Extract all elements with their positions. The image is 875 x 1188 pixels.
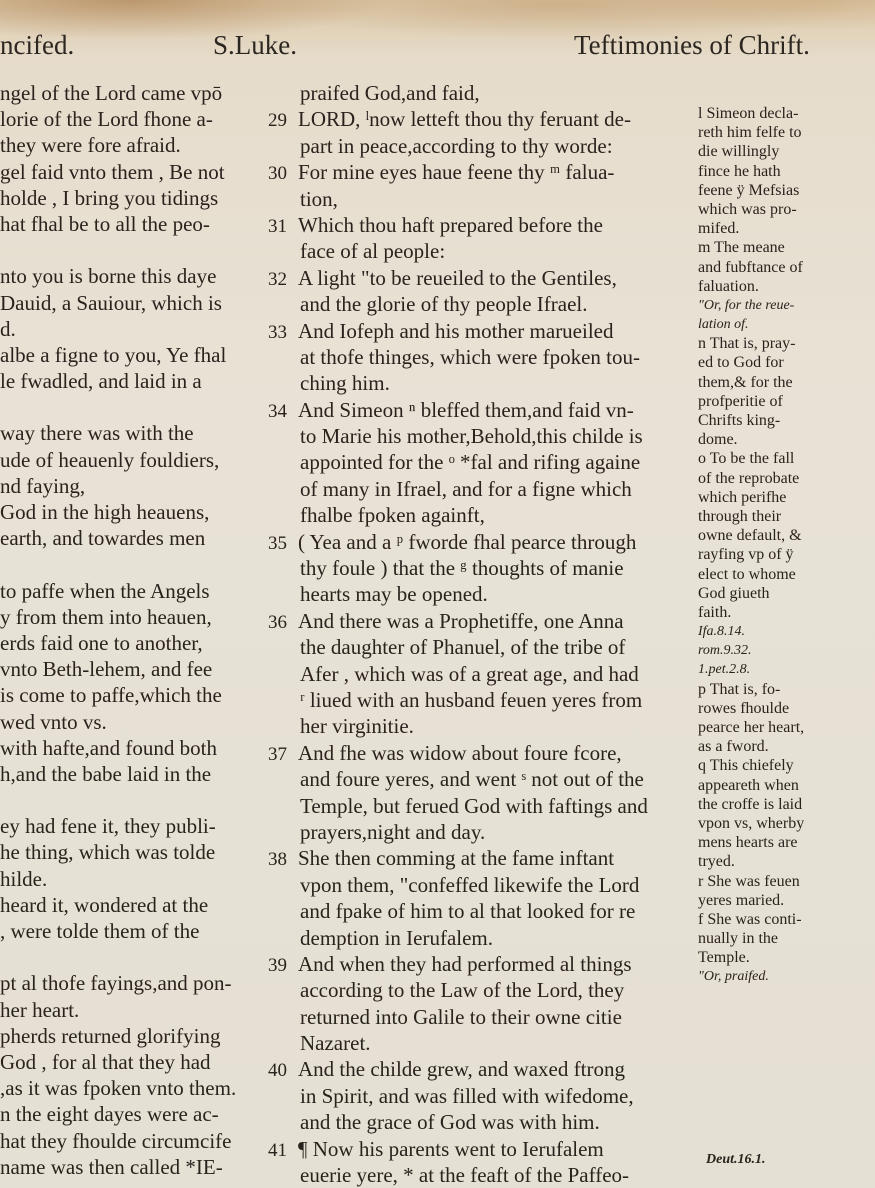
verse-line: appointed for the ᵒ *fal and rifing agai… [268,449,696,475]
left-column-line [0,551,260,577]
margin-note-line: mens hearts are [698,833,875,852]
verse-text: the daughter of Phanuel, of the tribe of [300,635,625,659]
verse-line: 29LORD, ˡnow letteft thou thy feruant de… [268,106,696,132]
margin-note-line: rom.9.32. [698,641,875,660]
verse-text: ¶ Now his parents went to Ierufalem [298,1137,604,1161]
left-column-line: God in the high heauens, [0,499,260,525]
verse-line: prayers,night and day. [268,819,696,845]
verse-text: Which thou haft prepared before the [298,213,603,237]
margin-notes-column: l Simeon decla-reth him felfe todie will… [698,104,875,987]
verse-line: the daughter of Phanuel, of the tribe of [268,634,696,660]
verse-text: A light "to be reueiled to the Gentiles, [298,266,617,290]
margin-note-line: pearce her heart, [698,718,875,737]
left-column-line: ey had fene it, they publi- [0,813,260,839]
left-column-line [0,394,260,420]
verse-line: 35( Yea and a ᵖ fworde fhal pearce throu… [268,529,696,555]
left-column-line [0,237,260,263]
verse-line: her virginitie. [268,713,696,739]
verse-text: LORD, ˡnow letteft thou thy feruant de- [298,107,631,131]
verse-line: returned into Galile to their owne citie [268,1004,696,1030]
margin-note-line: of the reprobate [698,469,875,488]
verse-line: at thofe thinges, which were fpoken tou- [268,344,696,370]
verse-text: Afer , which was of a great age, and had [300,662,639,686]
left-column-line: pherds returned glorifying [0,1023,260,1049]
verse-number: 39 [268,953,298,979]
verse-text: praifed God,and faid, [300,81,480,105]
left-column-line: nd faying, [0,473,260,499]
verse-text: ching him. [300,371,390,395]
left-column-line: wed vnto vs. [0,709,260,735]
margin-note-line: lation of. [698,315,875,334]
margin-note-line: mifed. [698,219,875,238]
verse-line: fhalbe fpoken againft, [268,502,696,528]
verse-text: her virginitie. [300,714,414,738]
margin-note-line: elect to whome [698,565,875,584]
left-column-line: Dauid, a Sauiour, which is [0,290,260,316]
margin-note-line: them,& for the [698,373,875,392]
verse-line: 33And Iofeph and his mother marueiled [268,318,696,344]
verse-line: ʳ liued with an husband feuen yeres from [268,687,696,713]
margin-note-line: appeareth when [698,776,875,795]
margin-note-line: q This chiefely [698,756,875,775]
margin-note-line: rowes fhoulde [698,699,875,718]
left-column-line: earth, and towardes men [0,525,260,551]
margin-note-line: through their [698,507,875,526]
verse-line: 37And fhe was widow about foure fcore, [268,740,696,766]
verse-line: thy foule ) that the ᵍ thoughts of manie [268,555,696,581]
margin-note-line: profperitie of [698,392,875,411]
verse-line: praifed God,and faid, [268,80,696,106]
verse-line: in Spirit, and was filled with wifedome, [268,1083,696,1109]
verse-number: 32 [268,267,298,293]
margin-note-line: as a fword. [698,737,875,756]
margin-note-line: faith. [698,603,875,622]
margin-note-line: l Simeon decla- [698,104,875,123]
running-header: ncifed. S.Luke. Teftimonies of Chrift. [0,30,875,70]
verse-text: vpon them, "confeffed likewife the Lord [300,873,639,897]
margin-note-line: p That is, fo- [698,680,875,699]
margin-note-line: and fubftance of [698,258,875,277]
verse-line: tion, [268,186,696,212]
verse-line: and fpake of him to al that looked for r… [268,898,696,924]
verse-text: and foure yeres, and went ˢ not out of t… [300,767,644,791]
verse-line: 30For mine eyes haue feene thy ᵐ falua- [268,159,696,185]
margin-note-line: die willingly [698,142,875,161]
left-column-line: God , for al that they had [0,1049,260,1075]
margin-note-line: which was pro- [698,200,875,219]
verse-text: She then comming at the fame inftant [298,846,614,870]
margin-note-line: reth him felfe to [698,123,875,142]
verse-line: 40And the childe grew, and waxed ftrong [268,1056,696,1082]
margin-note-line: which perifhe [698,488,875,507]
verse-line: to Marie his mother,Behold,this childe i… [268,423,696,449]
verse-line: 32A light "to be reueiled to the Gentile… [268,265,696,291]
left-column-line [0,787,260,813]
margin-note-line: yeres maried. [698,891,875,910]
verse-text: and fpake of him to al that looked for r… [300,899,635,923]
verse-text: appointed for the ᵒ *fal and rifing agai… [300,450,640,474]
margin-note-line: faluation. [698,277,875,296]
verse-number: 36 [268,610,298,636]
left-column-line: d. [0,316,260,342]
left-column-line: heard it, wondered at the [0,892,260,918]
margin-note-line: "Or, praifed. [698,967,875,986]
left-column-line: ude of heauenly fouldiers, [0,447,260,473]
left-column-line: n the eight dayes were ac- [0,1101,260,1127]
verse-line: Nazaret. [268,1030,696,1056]
left-column-line: hilde. [0,866,260,892]
verse-text: according to the Law of the Lord, they [300,978,624,1002]
left-column-line: hat fhal be to all the peo- [0,211,260,237]
verse-number: 29 [268,108,298,134]
verse-line: of many in Ifrael, and for a figne which [268,476,696,502]
verse-text: fhalbe fpoken againft, [300,503,485,527]
verse-text: And the childe grew, and waxed ftrong [298,1057,625,1081]
verse-number: 40 [268,1058,298,1084]
verse-text: And when they had performed al things [298,952,632,976]
main-text-column: praifed God,and faid,29LORD, ˡnow lettef… [268,80,696,1188]
margin-reference-bottom: Deut.16.1. [706,1152,766,1168]
margin-note-line: feene ÿ Mefsias [698,181,875,200]
verse-text: For mine eyes haue feene thy ᵐ falua- [298,160,614,184]
verse-text: demption in Ierufalem. [300,926,493,950]
margin-note-line: Chrifts king- [698,411,875,430]
verse-number: 31 [268,214,298,240]
margin-note-line: Temple. [698,948,875,967]
verse-text: at thofe thinges, which were fpoken tou- [300,345,640,369]
left-column-line: way there was with the [0,420,260,446]
verse-text: and the grace of God was with him. [300,1110,600,1134]
verse-number: 37 [268,742,298,768]
left-column-line: erds faid one to another, [0,630,260,656]
header-book-title: S.Luke. [213,30,297,61]
verse-line: and the glorie of thy people Ifrael. [268,291,696,317]
left-column-line: vnto Beth-lehem, and fee [0,656,260,682]
verse-line: 31Which thou haft prepared before the [268,212,696,238]
left-column-line: they were fore afraid. [0,132,260,158]
verse-line: ching him. [268,370,696,396]
verse-number: 38 [268,847,298,873]
verse-text: And fhe was widow about foure fcore, [298,741,622,765]
verse-line: euerie yere, * at the feaft of the Paffe… [268,1162,696,1188]
left-column-line: to paffe when the Angels [0,578,260,604]
verse-number: 33 [268,320,298,346]
book-page: ncifed. S.Luke. Teftimonies of Chrift. n… [0,0,875,1188]
header-left-fragment: ncifed. [0,30,74,61]
left-column-line: is come to paffe,which the [0,682,260,708]
margin-note-line: n That is, pray- [698,334,875,353]
margin-note-line: "Or, for the reue- [698,296,875,315]
margin-note-line: r She was feuen [698,872,875,891]
margin-note-line: rayfing vp of ÿ [698,545,875,564]
verse-text: part in peace,according to thy worde: [300,134,613,158]
left-column-line: albe a figne to you, Ye fhal [0,342,260,368]
margin-note-line: God giueth [698,584,875,603]
verse-line: vpon them, "confeffed likewife the Lord [268,872,696,898]
left-text-column: ngel of the Lord came vpōlorie of the Lo… [0,80,260,1180]
left-column-line: ngel of the Lord came vpō [0,80,260,106]
margin-note-line: ed to God for [698,353,875,372]
verse-number: 34 [268,399,298,425]
verse-text: And there was a Prophetiffe, one Anna [298,609,624,633]
verse-text: Nazaret. [300,1031,371,1055]
verse-line: demption in Ierufalem. [268,925,696,951]
header-section-title: Teftimonies of Chrift. [574,30,810,61]
verse-text: hearts may be opened. [300,582,488,606]
verse-text: ʳ liued with an husband feuen yeres from [300,688,642,712]
left-column-line: lorie of the Lord fhone a- [0,106,260,132]
verse-line: according to the Law of the Lord, they [268,977,696,1003]
verse-text: and the glorie of thy people Ifrael. [300,292,587,316]
verse-number: 30 [268,161,298,187]
margin-note-line: o To be the fall [698,449,875,468]
left-column-line: name was then called *IE- [0,1154,260,1180]
margin-note-line: Ifa.8.14. [698,622,875,641]
verse-text: thy foule ) that the ᵍ thoughts of manie [300,556,624,580]
verse-line: and foure yeres, and went ˢ not out of t… [268,766,696,792]
verse-text: prayers,night and day. [300,820,485,844]
verse-line: 34And Simeon ⁿ bleffed them,and faid vn- [268,397,696,423]
left-column-line: y from them into heauen, [0,604,260,630]
verse-line: 38She then comming at the fame inftant [268,845,696,871]
left-column-line: pt al thofe fayings,and pon- [0,970,260,996]
left-column-line: he thing, which was tolde [0,839,260,865]
margin-note-line: owne default, & [698,526,875,545]
verse-text: And Iofeph and his mother marueiled [298,319,614,343]
left-column-line: , were tolde them of the [0,918,260,944]
left-column-line: le fwadled, and laid in a [0,368,260,394]
margin-note-line: vpon vs, wherby [698,814,875,833]
margin-note-line: m The meane [698,238,875,257]
verse-line: part in peace,according to thy worde: [268,133,696,159]
verse-text: face of al people: [300,239,445,263]
margin-note-line: the croffe is laid [698,795,875,814]
verse-text: Temple, but ferued God with faftings and [300,794,648,818]
left-column-line: nto you is borne this daye [0,263,260,289]
margin-note-line: f She was conti- [698,910,875,929]
verse-line: hearts may be opened. [268,581,696,607]
verse-line: Afer , which was of a great age, and had [268,661,696,687]
left-column-line: holde , I bring you tidings [0,185,260,211]
verse-number: 35 [268,531,298,557]
verse-line: 36And there was a Prophetiffe, one Anna [268,608,696,634]
left-column-line: h,and the babe laid in the [0,761,260,787]
verse-text: tion, [300,187,338,211]
verse-line: face of al people: [268,238,696,264]
verse-text: in Spirit, and was filled with wifedome, [300,1084,634,1108]
verse-line: 41¶ Now his parents went to Ierufalem [268,1136,696,1162]
left-column-line [0,944,260,970]
verse-line: Temple, but ferued God with faftings and [268,793,696,819]
left-column-line: gel faid vnto them , Be not [0,159,260,185]
margin-note-line: tryed. [698,852,875,871]
verse-text: ( Yea and a ᵖ fworde fhal pearce through [298,530,636,554]
margin-note-line: nually in the [698,929,875,948]
left-column-line: her heart. [0,997,260,1023]
verse-number: 41 [268,1138,298,1164]
verse-line: and the grace of God was with him. [268,1109,696,1135]
left-column-line: hat they fhoulde circumcife [0,1128,260,1154]
margin-note-line: dome. [698,430,875,449]
margin-note-line: 1.pet.2.8. [698,660,875,679]
verse-text: And Simeon ⁿ bleffed them,and faid vn- [298,398,634,422]
verse-line: 39And when they had performed al things [268,951,696,977]
margin-note-line: fince he hath [698,162,875,181]
left-column-line: with hafte,and found both [0,735,260,761]
verse-text: to Marie his mother,Behold,this childe i… [300,424,643,448]
left-column-line: ,as it was fpoken vnto them. [0,1075,260,1101]
verse-text: returned into Galile to their owne citie [300,1005,622,1029]
verse-text: euerie yere, * at the feaft of the Paffe… [300,1163,629,1187]
verse-text: of many in Ifrael, and for a figne which [300,477,632,501]
